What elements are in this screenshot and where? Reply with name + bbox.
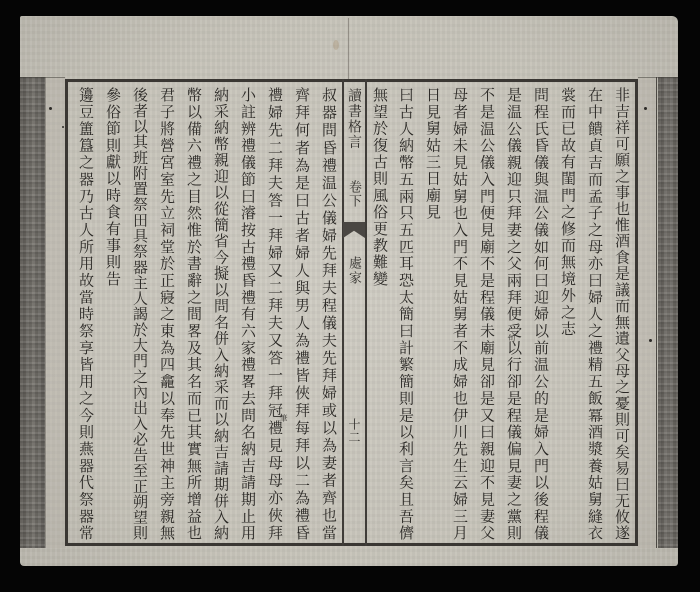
center-fold-crease — [348, 18, 349, 80]
text-column: 非吉祥可願之事也惟酒食是議而無遺父母之憂則可矣易曰无攸遂 — [608, 87, 635, 540]
text-column: 不是温公儀入門便見廟不是程儀未廟見卻是又曰親迎不見妻父 — [473, 87, 500, 540]
text-column: 是温公儀親迎只拜妻之父兩拜便受以行卻是程儀偏見妻之黨則 — [500, 87, 527, 540]
right-binding-strip — [658, 77, 678, 548]
annotation-mark: 句 — [507, 334, 516, 342]
volume-label: 卷下 — [342, 180, 365, 208]
text-column: 在中饋貞吉而孟子之母亦曰婦人之禮精五飯冪酒漿養姑舅縫衣 — [581, 87, 608, 540]
text-column: 日見舅姑三日廟見 — [419, 87, 446, 540]
ink-speck — [649, 339, 652, 342]
text-column: 幣以備六禮之目然惟於書辭之間畧及其名而已其實無所增益也 — [180, 87, 207, 540]
text-column: 曰古人納幣五兩只五匹耳恐太簡曰計繁簡則是以利言矣且吾儕 — [392, 87, 419, 540]
section-label: 處家 — [342, 256, 365, 286]
text-column: 籩豆簠簋之器乃古人所用故當時祭享皆用之今則燕器代祭器常 — [72, 87, 99, 540]
ink-speck — [644, 107, 647, 110]
text-column: 禮婦先二拜夫答一拜婦又二拜夫又答一拜冠禮見母母亦俠拜 — [261, 87, 288, 540]
text-column: 無望於復古則風俗更教難變 — [366, 87, 393, 540]
text-column: 母者婦未見姑舅也入門不見姑舅者不成婦也伊川先生云婦三月 — [446, 87, 473, 540]
ink-speck — [49, 107, 52, 110]
right-strip-top-rule — [638, 77, 678, 78]
text-column: 君子將營宮室先立祠堂於正寢之東為四龕以奉先世神主旁親無 — [153, 87, 180, 540]
left-margin-strip — [45, 77, 66, 548]
text-column: 參俗節則獻以時食有事則告 — [99, 87, 126, 540]
page-number: 十二 — [342, 418, 365, 444]
text-column: 叔器問昏禮温公儀婦先拜夫程儀夫先拜婦或以為妻者齊也當 — [315, 87, 342, 540]
left-strip-top-rule — [20, 77, 65, 78]
text-column: 問程氏昏儀與温公儀如何曰迎婦以前温公的是婦入門以後程儀 — [527, 87, 554, 540]
text-column: 裳而已故有閨門之修而無境外之志 — [554, 87, 581, 540]
text-column: 小註辨禮儀節曰濬按古禮昏禮有六家禮畧去問名納吉請期止用 — [234, 87, 261, 540]
right-margin-strip — [638, 77, 657, 548]
text-column: 納采納幣親迎以從簡省今擬以問名併入納采而以納吉請期併入納 — [207, 87, 234, 540]
book-title: 讀書格言 — [342, 88, 365, 150]
left-binding-strip — [20, 77, 45, 548]
ink-speck — [62, 126, 64, 128]
annotation-mark: 筆 — [279, 414, 288, 422]
text-column: 齊拜何者為是曰古者婦人與男人為禮皆俠拜每拜以二為禮昏 — [288, 87, 315, 540]
text-column: 後者以其班附置祭田具祭器主人謁於大門之內出入必告至正朔望則 — [126, 87, 153, 540]
paper-stain — [333, 40, 339, 50]
